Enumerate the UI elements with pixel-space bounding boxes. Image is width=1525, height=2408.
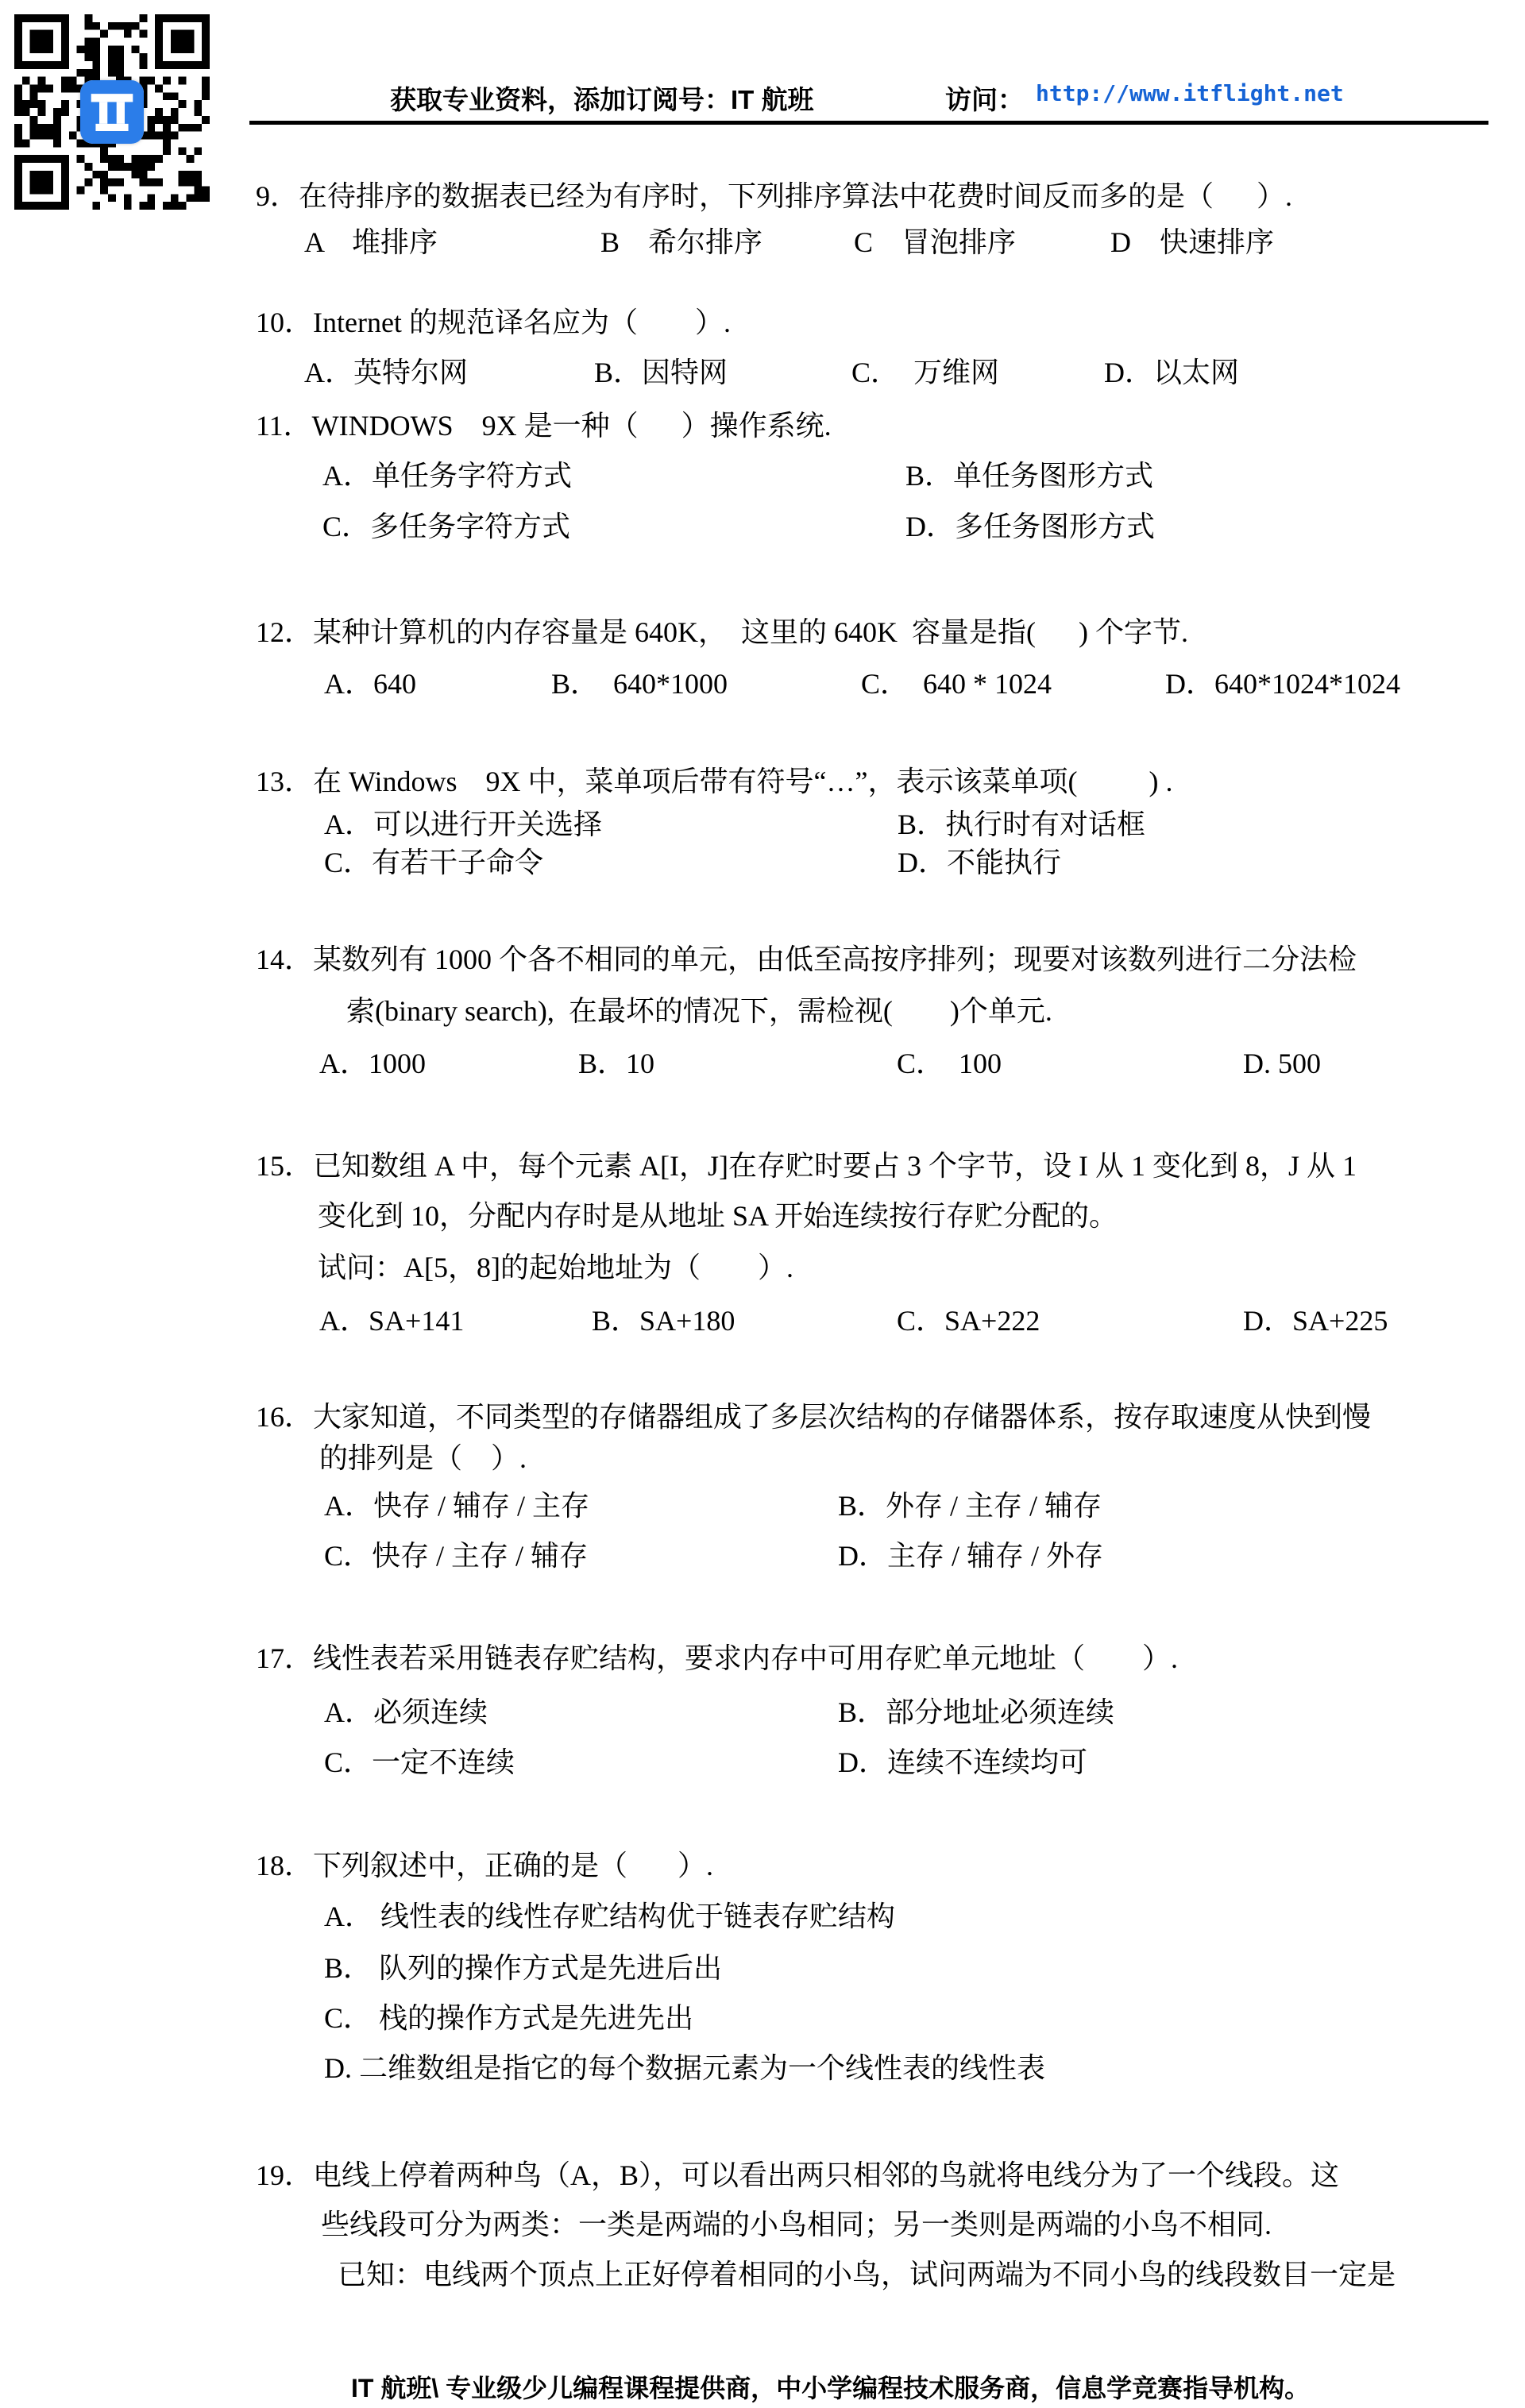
option-cell: A．英特尔网 [304,357,468,388]
question-title: 17．线性表若采用链表存贮结构，要求内存中可用存贮单元地址（ ）. [256,1642,1178,1674]
option-cell: D．SA+225 [1243,1305,1388,1337]
question-line: 索(binary search), 在最坏的情况下，需检视( )个单元. [346,995,1052,1027]
question-line: 的排列是（ ）. [319,1442,527,1474]
footer-text: IT 航班\ 专业级少儿编程课程提供商，中小学编程技术服务商，信息学竞赛指导机构… [351,2368,1310,2405]
option-cell: C．一定不连续 [324,1746,515,1778]
option-cell: A 堆排序 [304,226,438,258]
option-cell: B 希尔排序 [600,226,762,258]
question-title: 12．某种计算机的内存容量是 640K， 这里的 640K 容量是指( ) 个字… [256,616,1188,648]
option-cell: C． 640 * 1024 [861,668,1052,700]
option-cell: B．因特网 [594,357,728,388]
option-cell: D．连续不连续均可 [838,1746,1087,1778]
option-cell: C． 栈的操作方式是先进先出 [324,2002,693,2034]
option-cell: A．1000 [319,1048,426,1079]
question-title: 18．下列叙述中，正确的是（ ）. [256,1850,713,1881]
option-cell: C 冒泡排序 [854,226,1016,258]
itflight-logo-icon [80,80,144,144]
question-title: 16．大家知道，不同类型的存储器组成了多层次结构的存储器体系，按存取速度从快到慢 [256,1401,1371,1433]
question-title: 10．Internet 的规范译名应为（ ）. [256,307,731,338]
question-line: 变化到 10，分配内存时是从地址 SA 开始连续按行存贮分配的。 [318,1200,1118,1232]
option-cell: D．多任务图形方式 [905,511,1155,542]
header-url-link[interactable]: http://www.itflight.net [1036,80,1344,106]
option-cell: D. 500 [1243,1048,1321,1079]
option-cell: B．单任务图形方式 [905,460,1153,492]
option-cell: D 快速排序 [1110,226,1274,258]
header-divider [249,121,1488,125]
question-line: 已知：电线两个顶点上正好停着相同的小鸟，试问两端为不同小鸟的线段数目一定是 [338,2259,1396,2290]
question-title: 13．在 Windows 9X 中，菜单项后带有符号“…”，表示该菜单项( ) … [256,766,1172,797]
option-cell: D．以太网 [1104,357,1239,388]
question-title: 19．电线上停着两种鸟（A，B），可以看出两只相邻的鸟就将电线分为了一个线段。这 [256,2159,1339,2191]
exam-page: 获取专业资料，添加订阅号：IT 航班 访问： http://www.itflig… [0,0,1525,2408]
option-cell: C．快存 / 主存 / 辅存 [324,1540,588,1572]
option-cell: A．必须连续 [324,1696,488,1728]
question-title: 14．某数列有 1000 个各不相同的单元，由低至高按序排列；现要对该数列进行二… [256,944,1357,975]
question-title: 9．在待排序的数据表已经为有序时，下列排序算法中花费时间反而多的是（ ）. [256,180,1292,212]
option-cell: B．部分地址必须连续 [838,1696,1114,1728]
option-cell: C．多任务字符方式 [322,511,570,542]
option-cell: B． 640*1000 [551,668,728,700]
option-cell: A．SA+141 [319,1305,464,1337]
option-cell: D．主存 / 辅存 / 外存 [838,1540,1103,1572]
option-cell: A．可以进行开关选择 [324,808,602,840]
option-cell: D．640*1024*1024 [1165,668,1400,700]
option-cell: A． 线性表的线性存贮结构优于链表存贮结构 [324,1901,895,1932]
option-cell: C．SA+222 [897,1305,1040,1337]
option-cell: B．SA+180 [592,1305,735,1337]
option-cell: C． 万维网 [851,357,999,388]
option-cell: D. 二维数组是指它的每个数据元素为一个线性表的线性表 [324,2052,1045,2084]
header-visit-label: 访问： [945,79,1024,117]
question-line: 些线段可分为两类：一类是两端的小鸟相同；另一类则是两端的小鸟不相同. [321,2209,1272,2240]
option-cell: A．640 [324,668,416,700]
header-promo-text: 获取专业资料，添加订阅号：IT 航班 [390,79,814,117]
question-line: 试问：A[5，8]的起始地址为（ ）. [318,1252,793,1283]
option-cell: C．有若干子命令 [324,847,543,878]
option-cell: A．单任务字符方式 [322,460,572,492]
option-cell: B．外存 / 主存 / 辅存 [838,1490,1102,1522]
question-title: 15．已知数组 A 中，每个元素 A[I，J]在存贮时要占 3 个字节，设 I … [256,1150,1357,1182]
option-cell: B．执行时有对话框 [898,808,1145,840]
option-cell: C． 100 [897,1048,1002,1079]
option-cell: A．快存 / 辅存 / 主存 [324,1490,589,1522]
option-cell: D．不能执行 [898,847,1061,878]
option-cell: B．10 [578,1048,654,1079]
question-title: 11．WINDOWS 9X 是一种（ ）操作系统. [256,410,832,442]
option-cell: B． 队列的操作方式是先进后出 [324,1952,722,1984]
qr-code [14,14,210,210]
